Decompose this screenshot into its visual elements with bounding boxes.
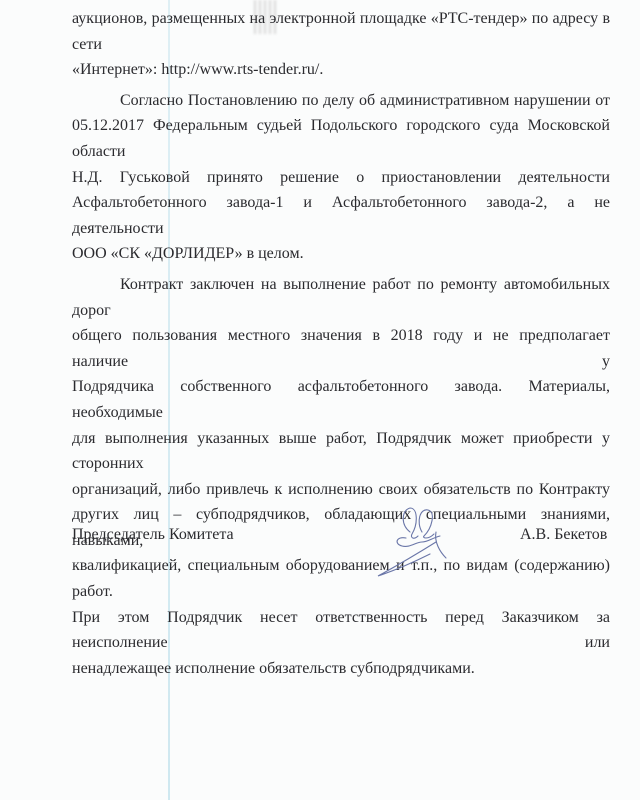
text-line: Согласно Постановлению по делу об админи… <box>72 88 610 114</box>
text-line: Подрядчика собственного асфальтобетонног… <box>72 374 610 425</box>
text-line: организаций, либо привлечь к исполнению … <box>72 477 610 503</box>
paragraph-continuation: аукционов, размещенных на электронной пл… <box>72 6 610 83</box>
handwritten-signature-icon <box>370 502 470 582</box>
paragraph-ruling: Согласно Постановлению по делу об админи… <box>72 88 610 267</box>
paragraph-contract: Контракт заключен на выполнение работ по… <box>72 272 610 682</box>
text-line: «Интернет»: http://www.rts-tender.ru/. <box>72 61 323 78</box>
text-line: 05.12.2017 Федеральным судьей Подольског… <box>72 113 610 164</box>
text-line: Асфальтобетонного завода-1 и Асфальтобет… <box>72 190 610 241</box>
signatory-title: Председатель Комитета <box>72 526 234 544</box>
signature-block: Председатель Комитета А.В. Бекетов <box>72 526 620 586</box>
text-line: аукционов, размещенных на электронной пл… <box>72 6 610 57</box>
text-line: общего пользования местного значения в 2… <box>72 323 610 374</box>
text-line: для выполнения указанных выше работ, Под… <box>72 426 610 477</box>
text-line: Контракт заключен на выполнение работ по… <box>72 272 610 323</box>
text-line: ненадлежащее исполнение обязательств суб… <box>72 656 610 682</box>
text-line: При этом Подрядчик несет ответственность… <box>72 605 610 656</box>
text-line: ООО «СК «ДОРЛИДЕР» в целом. <box>72 241 610 267</box>
signatory-name: А.В. Бекетов <box>520 526 607 544</box>
text-line: Н.Д. Гуськовой принято решение о приоста… <box>72 165 610 191</box>
